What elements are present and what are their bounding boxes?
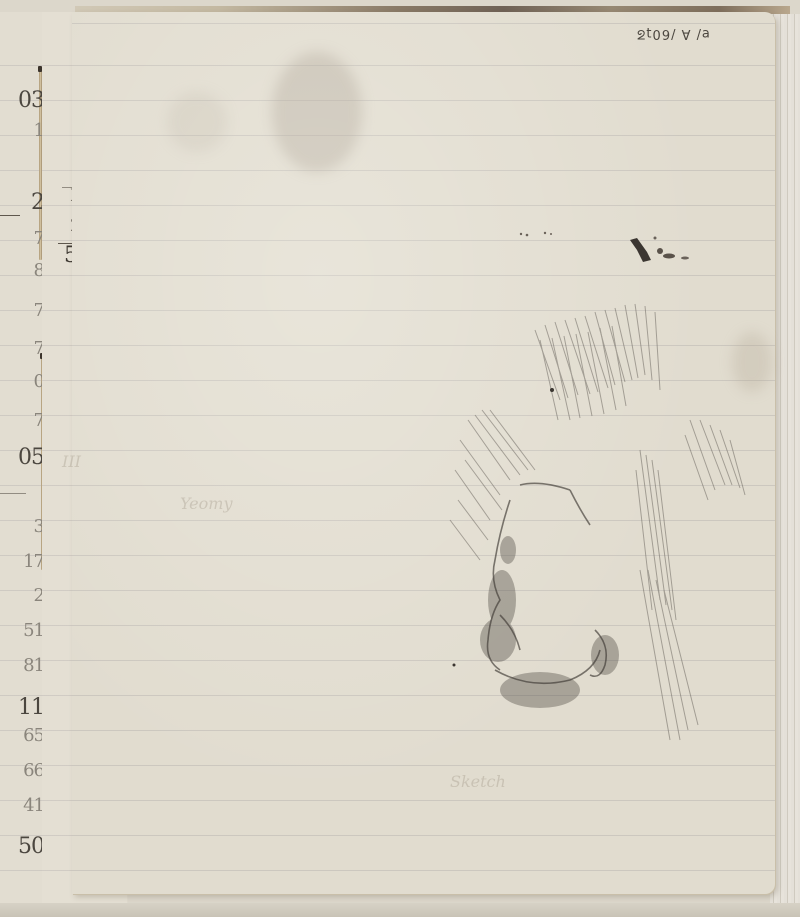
sketchbook-photo: 03 1 2 7 8 7 7 0 7 05 3 17 2 51 81 11 65… [0, 0, 800, 917]
ledger-number: 41 [0, 797, 44, 815]
ledger-number: 7 [0, 340, 44, 358]
ledger-number: 17 [0, 553, 44, 571]
ledger-number: 81 [0, 657, 44, 675]
pencil-face-sketch [440, 270, 770, 770]
smudge [167, 92, 227, 152]
faint-bleed-through-text: III [62, 452, 81, 471]
ledger-number: 2 [0, 192, 44, 214]
ledger-number: 66 [0, 762, 44, 780]
ledger-number: 7 [0, 302, 44, 320]
ink-blot-icon [625, 234, 705, 270]
ledger-number: 2 [0, 587, 44, 605]
smudge [272, 52, 362, 172]
ledger-number: 1 [0, 122, 44, 140]
faint-bleed-through-text: Sketch [450, 772, 506, 791]
ledger-number: 50 [0, 836, 44, 858]
table-surface [0, 903, 800, 917]
catalogue-inscription: ɐ/ A /60ʇᘔ [636, 26, 710, 41]
ledger-number: 7 [0, 230, 44, 248]
faint-bleed-through-text: Yeomy [180, 494, 232, 513]
ledger-number: 65 [0, 727, 44, 745]
ink-speck-icon [515, 228, 555, 240]
ledger-number: 0 [0, 373, 44, 391]
ledger-number: 7 [0, 412, 44, 430]
staple-icon [38, 66, 42, 72]
ledger-number: 03 [0, 90, 44, 112]
ledger-number: 8 [0, 262, 44, 280]
ledger-number: 51 [0, 622, 44, 640]
sum-rule [0, 215, 20, 216]
ledger-number: 05 [0, 447, 44, 469]
ledger-number: 3 [0, 518, 44, 536]
ledger-number: 11 [0, 697, 44, 719]
sum-rule [0, 493, 26, 494]
